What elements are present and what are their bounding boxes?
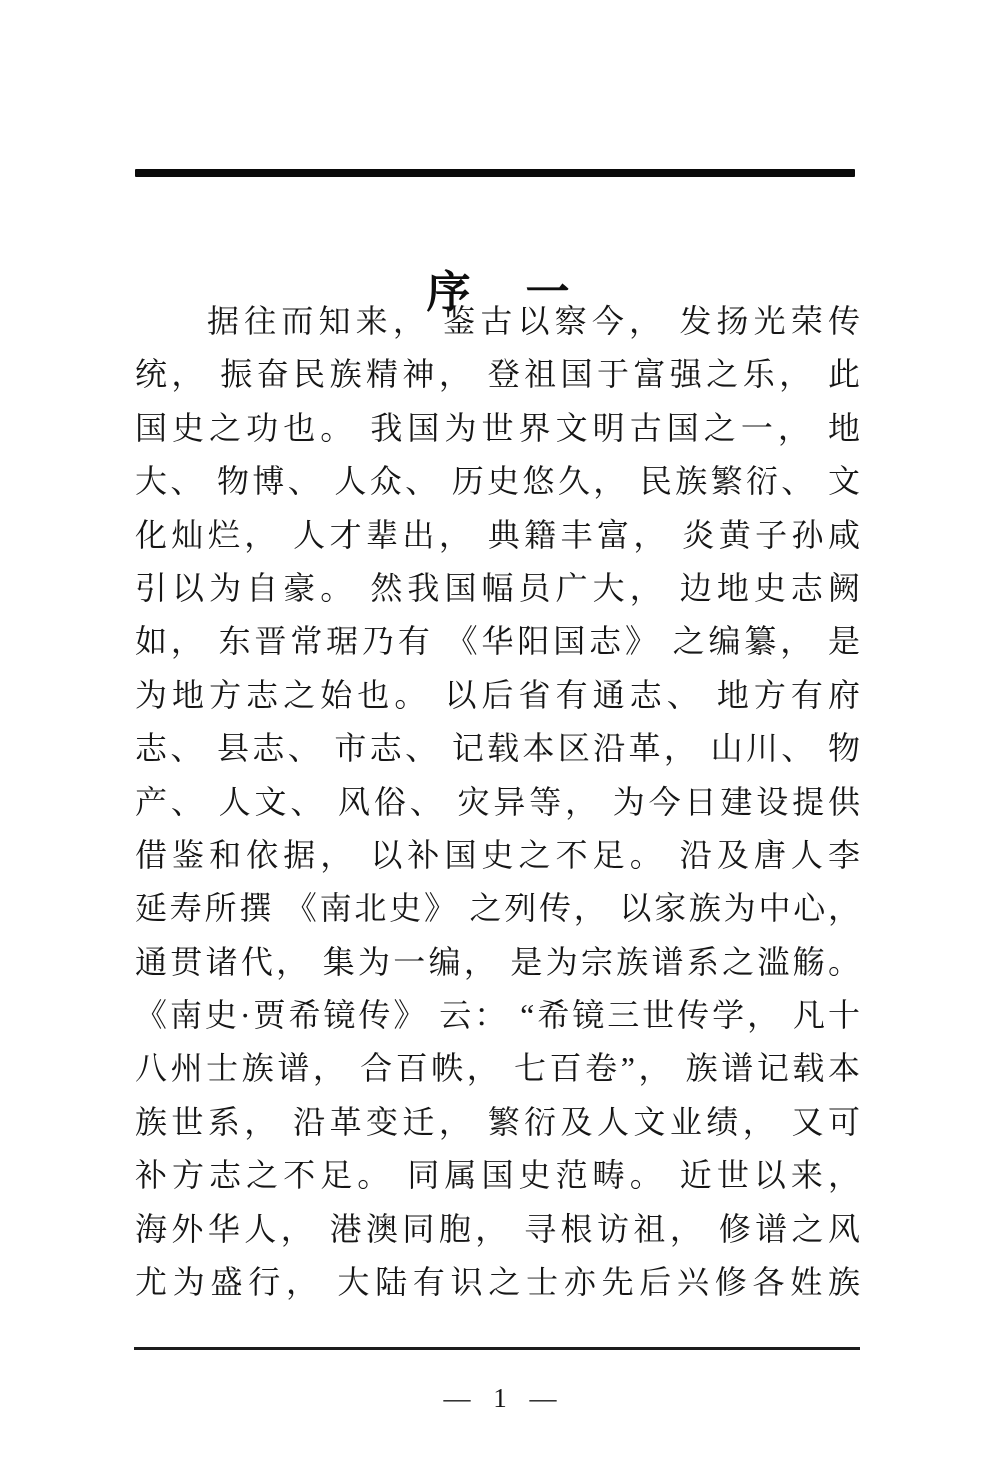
- text-line: 为地方志之始也。 以后省有通志、 地方有府: [135, 669, 860, 722]
- text-line: 《南史·贾希镜传》 云： “希镜三世传学， 凡十: [135, 989, 860, 1042]
- text-line: 大、 物博、 人众、 历史悠久， 民族繁衍、 文: [135, 455, 860, 508]
- header-rule: [135, 169, 855, 177]
- text-line: 借鉴和依据， 以补国史之不足。 沿及唐人李: [135, 829, 860, 882]
- text-line: 补方志之不足。 同属国史范畴。 近世以来，: [135, 1149, 860, 1202]
- text-line: 通贯诸代， 集为一编， 是为宗族谱系之滥觞。: [135, 936, 860, 989]
- text-line: 统， 振奋民族精神， 登祖国于富强之乐， 此: [135, 348, 860, 401]
- text-line: 引以为自豪。 然我国幅员广大， 边地史志阙: [135, 562, 860, 615]
- text-line: 据往而知来， 鉴古以察今， 发扬光荣传: [135, 295, 860, 348]
- text-line: 化灿烂， 人才辈出， 典籍丰富， 炎黄子孙咸: [135, 509, 860, 562]
- text-line: 海外华人， 港澳同胞， 寻根访祖， 修谱之风: [135, 1203, 860, 1256]
- text-line: 国史之功也。 我国为世界文明古国之一， 地: [135, 402, 860, 455]
- text-line: 尤为盛行， 大陆有识之士亦先后兴修各姓族: [135, 1256, 860, 1309]
- text-line: 产、 人文、 风俗、 灾异等， 为今日建设提供: [135, 776, 860, 829]
- page-number: — 1 —: [0, 1382, 1000, 1414]
- footer-rule: [134, 1347, 860, 1350]
- text-line: 如， 东晋常琚乃有 《华阳国志》 之编纂， 是: [135, 615, 860, 668]
- body-text: 据往而知来， 鉴古以察今， 发扬光荣传统， 振奋民族精神， 登祖国于富强之乐， …: [135, 295, 860, 1309]
- scanned-page: 序 一 据往而知来， 鉴古以察今， 发扬光荣传统， 振奋民族精神， 登祖国于富强…: [0, 0, 1000, 1475]
- text-line: 延寿所撰 《南北史》 之列传， 以家族为中心，: [135, 882, 860, 935]
- text-line: 志、 县志、 市志、 记载本区沿革， 山川、 物: [135, 722, 860, 775]
- text-line: 族世系， 沿革变迁， 繁衍及人文业绩， 又可: [135, 1096, 860, 1149]
- text-line: 八州士族谱， 合百帙， 七百卷”， 族谱记载本: [135, 1042, 860, 1095]
